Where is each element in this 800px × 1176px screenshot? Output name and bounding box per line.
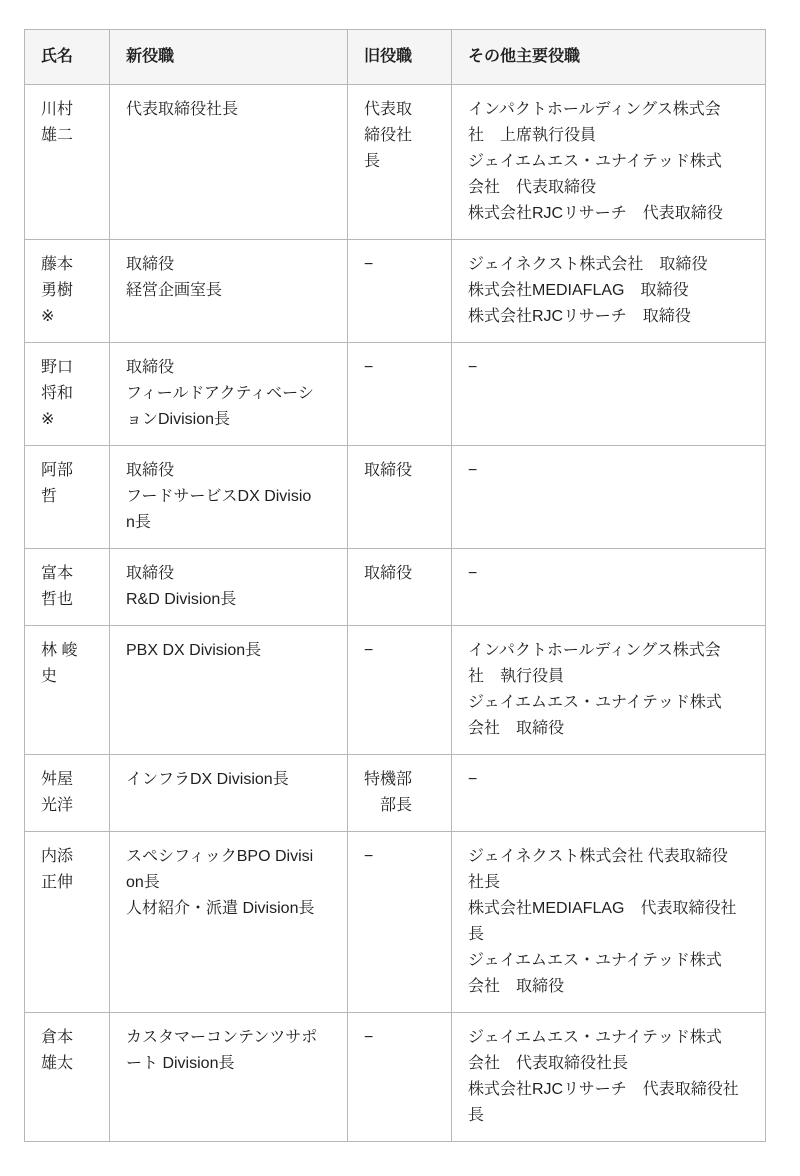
table-row: 川村 雄二 代表取締役社長 代表取 締役社 長 インパクトホールディングス株式会… (25, 85, 766, 240)
cell-new-title: インフラDX Division長 (110, 755, 348, 832)
table-row: 倉本 雄太 カスタマーコンテンツサポ ート Division長 − ジェイエムエ… (25, 1013, 766, 1142)
cell-other-titles: ジェイネクスト株式会社 取締役 株式会社MEDIAFLAG 取締役 株式会社RJ… (452, 240, 766, 343)
cell-name: 野口 将和 ※ (25, 343, 110, 446)
cell-new-title: 取締役 フィールドアクティベーシ ョンDivision長 (110, 343, 348, 446)
table-header-row: 氏名 新役職 旧役職 その他主要役職 (25, 30, 766, 85)
cell-old-title: − (348, 240, 452, 343)
table-row: 林 峻 史 PBX DX Division長 − インパクトホールディングス株式… (25, 626, 766, 755)
cell-new-title: 取締役 R&D Division長 (110, 549, 348, 626)
cell-new-title: 代表取締役社長 (110, 85, 348, 240)
cell-other-titles: − (452, 755, 766, 832)
cell-other-titles: インパクトホールディングス株式会 社 執行役員 ジェイエムエス・ユナイテッド株式… (452, 626, 766, 755)
cell-other-titles: ジェイネクスト株式会社 代表取締役 社長 株式会社MEDIAFLAG 代表取締役… (452, 832, 766, 1013)
cell-new-title: スペシフィックBPO Divisi on長 人材紹介・派遣 Division長 (110, 832, 348, 1013)
cell-other-titles: − (452, 446, 766, 549)
column-header-old-title: 旧役職 (348, 30, 452, 85)
cell-other-titles: − (452, 343, 766, 446)
cell-name: 富本 哲也 (25, 549, 110, 626)
cell-other-titles: ジェイエムエス・ユナイテッド株式 会社 代表取締役社長 株式会社RJCリサーチ … (452, 1013, 766, 1142)
table-row: 藤本 勇樹 ※ 取締役 経営企画室長 − ジェイネクスト株式会社 取締役 株式会… (25, 240, 766, 343)
cell-old-title: − (348, 343, 452, 446)
cell-old-title: − (348, 1013, 452, 1142)
cell-other-titles: インパクトホールディングス株式会 社 上席執行役員 ジェイエムエス・ユナイテッド… (452, 85, 766, 240)
page: 氏名 新役職 旧役職 その他主要役職 川村 雄二 代表取締役社長 代表取 締役社… (0, 0, 800, 1142)
cell-name: 林 峻 史 (25, 626, 110, 755)
cell-name: 内添 正伸 (25, 832, 110, 1013)
cell-old-title: − (348, 832, 452, 1013)
cell-old-title: − (348, 626, 452, 755)
cell-old-title: 取締役 (348, 549, 452, 626)
cell-new-title: 取締役 経営企画室長 (110, 240, 348, 343)
cell-name: 阿部 哲 (25, 446, 110, 549)
cell-name: 舛屋 光洋 (25, 755, 110, 832)
cell-name: 川村 雄二 (25, 85, 110, 240)
table-row: 富本 哲也 取締役 R&D Division長 取締役 − (25, 549, 766, 626)
cell-old-title: 特機部 部長 (348, 755, 452, 832)
column-header-other-titles: その他主要役職 (452, 30, 766, 85)
cell-new-title: PBX DX Division長 (110, 626, 348, 755)
column-header-name: 氏名 (25, 30, 110, 85)
cell-name: 藤本 勇樹 ※ (25, 240, 110, 343)
cell-new-title: 取締役 フードサービスDX Divisio n長 (110, 446, 348, 549)
executive-appointments-table: 氏名 新役職 旧役職 その他主要役職 川村 雄二 代表取締役社長 代表取 締役社… (24, 29, 766, 1142)
cell-old-title: 代表取 締役社 長 (348, 85, 452, 240)
table-row: 内添 正伸 スペシフィックBPO Divisi on長 人材紹介・派遣 Divi… (25, 832, 766, 1013)
table-row: 阿部 哲 取締役 フードサービスDX Divisio n長 取締役 − (25, 446, 766, 549)
cell-new-title: カスタマーコンテンツサポ ート Division長 (110, 1013, 348, 1142)
column-header-new-title: 新役職 (110, 30, 348, 85)
cell-old-title: 取締役 (348, 446, 452, 549)
cell-name: 倉本 雄太 (25, 1013, 110, 1142)
table-row: 野口 将和 ※ 取締役 フィールドアクティベーシ ョンDivision長 − − (25, 343, 766, 446)
table-row: 舛屋 光洋 インフラDX Division長 特機部 部長 − (25, 755, 766, 832)
cell-other-titles: − (452, 549, 766, 626)
